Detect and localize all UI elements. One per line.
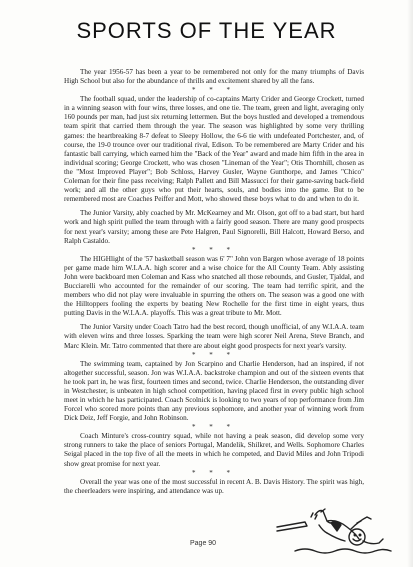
cartoon-swimmer-illustration-icon: [275, 505, 395, 562]
paragraph-cross-country: Coach Minture's cross-country squad, whi…: [64, 432, 364, 468]
page-number: Page 90: [190, 540, 216, 547]
paragraph-football: The football squad, under the leadership…: [64, 95, 364, 204]
page-title: SPORTS OF THE YEAR: [0, 18, 413, 44]
paragraph-overall: Overall the year was one of the most suc…: [64, 478, 364, 496]
paragraph-intro: The year 1956-57 has been a year to be r…: [64, 68, 364, 86]
separator: * * *: [64, 351, 364, 359]
paragraph-swimming: The swimming team, captained by Jon Scar…: [64, 360, 364, 424]
page-edge-shadow: [407, 0, 413, 567]
paragraph-football-jv: The Junior Varsity, ably coached by Mr. …: [64, 209, 364, 245]
paragraph-basketball: The HIGHlight of the '57 basketball seas…: [64, 255, 364, 319]
separator: * * *: [64, 423, 364, 431]
article-body: The year 1956-57 has been a year to be r…: [64, 68, 364, 496]
separator: * * *: [64, 469, 364, 477]
separator: * * *: [64, 246, 364, 254]
separator: * * *: [64, 86, 364, 94]
paragraph-basketball-jv: The Junior Varsity under Coach Tatro had…: [64, 323, 364, 350]
